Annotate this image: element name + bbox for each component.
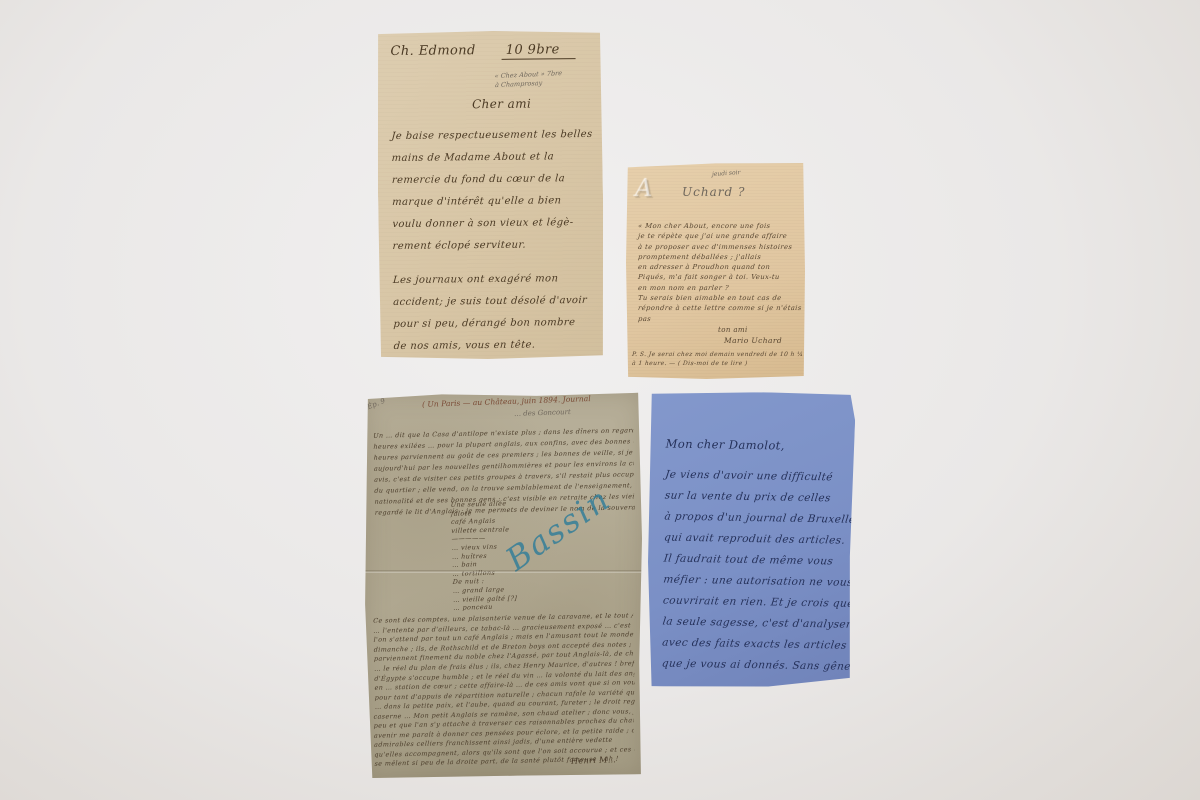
handwritten-line: P. S. Je serai chez moi demain vendredi … [632, 351, 802, 360]
letter-body-paragraph-2: Les journaux ont exagéré monaccident; je… [393, 268, 595, 358]
letter-body: « Mon cher About, encore une foisje te r… [638, 221, 797, 324]
salutation: Cher ami [472, 97, 531, 112]
attribution-note: … des Goncourt [514, 408, 571, 418]
handwritten-line: Piqués, m'a fait songer à toi. Veux-tu [638, 272, 798, 282]
signature: Mario Uchard [724, 336, 782, 345]
manuscript-header: ( Un Paris — au Château, juin 1894. Jour… [422, 394, 591, 409]
letter-date: 10 9bre [502, 42, 576, 60]
handwritten-line: « Mon cher About, encore une fois [638, 221, 798, 231]
handwritten-line: … ponceau [453, 602, 518, 612]
letter-ch-edmond: Ch. Edmond10 9bre « Chez About » 7breà C… [376, 30, 604, 360]
postscript: P. S. Je serai chez moi demain vendredi … [632, 351, 801, 368]
handwritten-line: répondre à cette lettre comme si je n'ét… [638, 303, 798, 313]
pencil-date-note: jeudi soir [712, 169, 741, 178]
handwritten-line: Les journaux ont exagéré mon [392, 268, 594, 292]
handwritten-line: marque d'intérêt qu'elle a bien [391, 190, 593, 214]
handwritten-line: en mon nom en parler ? [638, 283, 798, 293]
letter-body-paragraph-1: Je baise respectueusement les bellesmain… [391, 124, 593, 258]
signature: Henri M… [571, 755, 616, 766]
handwritten-line: accident; je suis tout désolé d'avoir [392, 290, 594, 314]
handwritten-line: je te répète que j'ai une grande affaire [638, 231, 798, 241]
handwritten-line: promptement déballées ; j'allais [638, 252, 798, 262]
pencil-annotation: « Chez About » 7breà Champrosay [494, 69, 562, 89]
handwritten-line: à 1 heure. — ( Dis-moi de te lire ) [632, 360, 802, 369]
pencil-attribution: Uchard ? [682, 185, 745, 199]
handwritten-line: remercie du fond du cœur de la [391, 168, 593, 192]
photograph-background: Ch. Edmond10 9bre « Chez About » 7breà C… [0, 0, 1200, 800]
manuscript-paragraph-2: Ce sont des comptes, une plaisanterie ve… [373, 611, 635, 712]
handwritten-line: pas [638, 314, 798, 324]
letter-body: Je viens d'avoir une difficultésur la ve… [662, 465, 847, 678]
embossed-monogram: A [636, 175, 653, 203]
handwritten-line: de nos amis, vous en tête. [393, 334, 595, 358]
margin-note: Ép. 9 [366, 397, 386, 411]
handwritten-line: que je vous ai donnés. Sans gêne [661, 653, 845, 677]
letter-header: Ch. Edmond10 9bre [390, 42, 575, 59]
letter-uchard: A jeudi soir Uchard ? « Mon cher About, … [626, 163, 805, 379]
author-name: Ch. Edmond [390, 43, 475, 59]
letter-blue-paper: Mon cher Damolot, Je viens d'avoir une d… [645, 390, 855, 690]
handwritten-line: pour si peu, dérangé bon nombre [393, 312, 595, 336]
handwritten-line: Tu serais bien aimable en tout cas de [638, 293, 798, 303]
handwritten-line: en adresser à Proudhon quand ton [638, 262, 798, 272]
handwritten-line: à te proposer avec d'immenses histoires [638, 242, 798, 252]
handwritten-line: Je baise respectueusement les belles [391, 124, 593, 148]
handwritten-line: rement éclopé serviteur. [392, 234, 594, 258]
salutation: Mon cher Damolot, [666, 437, 785, 453]
letter-closing: ton ami [718, 326, 748, 334]
manuscript-journal-1894: Ép. 9 ( Un Paris — au Château, juin 1894… [364, 392, 642, 778]
handwritten-line: mains de Madame About et la [391, 146, 593, 170]
handwritten-line: voulu donner à son vieux et légè- [392, 212, 594, 236]
